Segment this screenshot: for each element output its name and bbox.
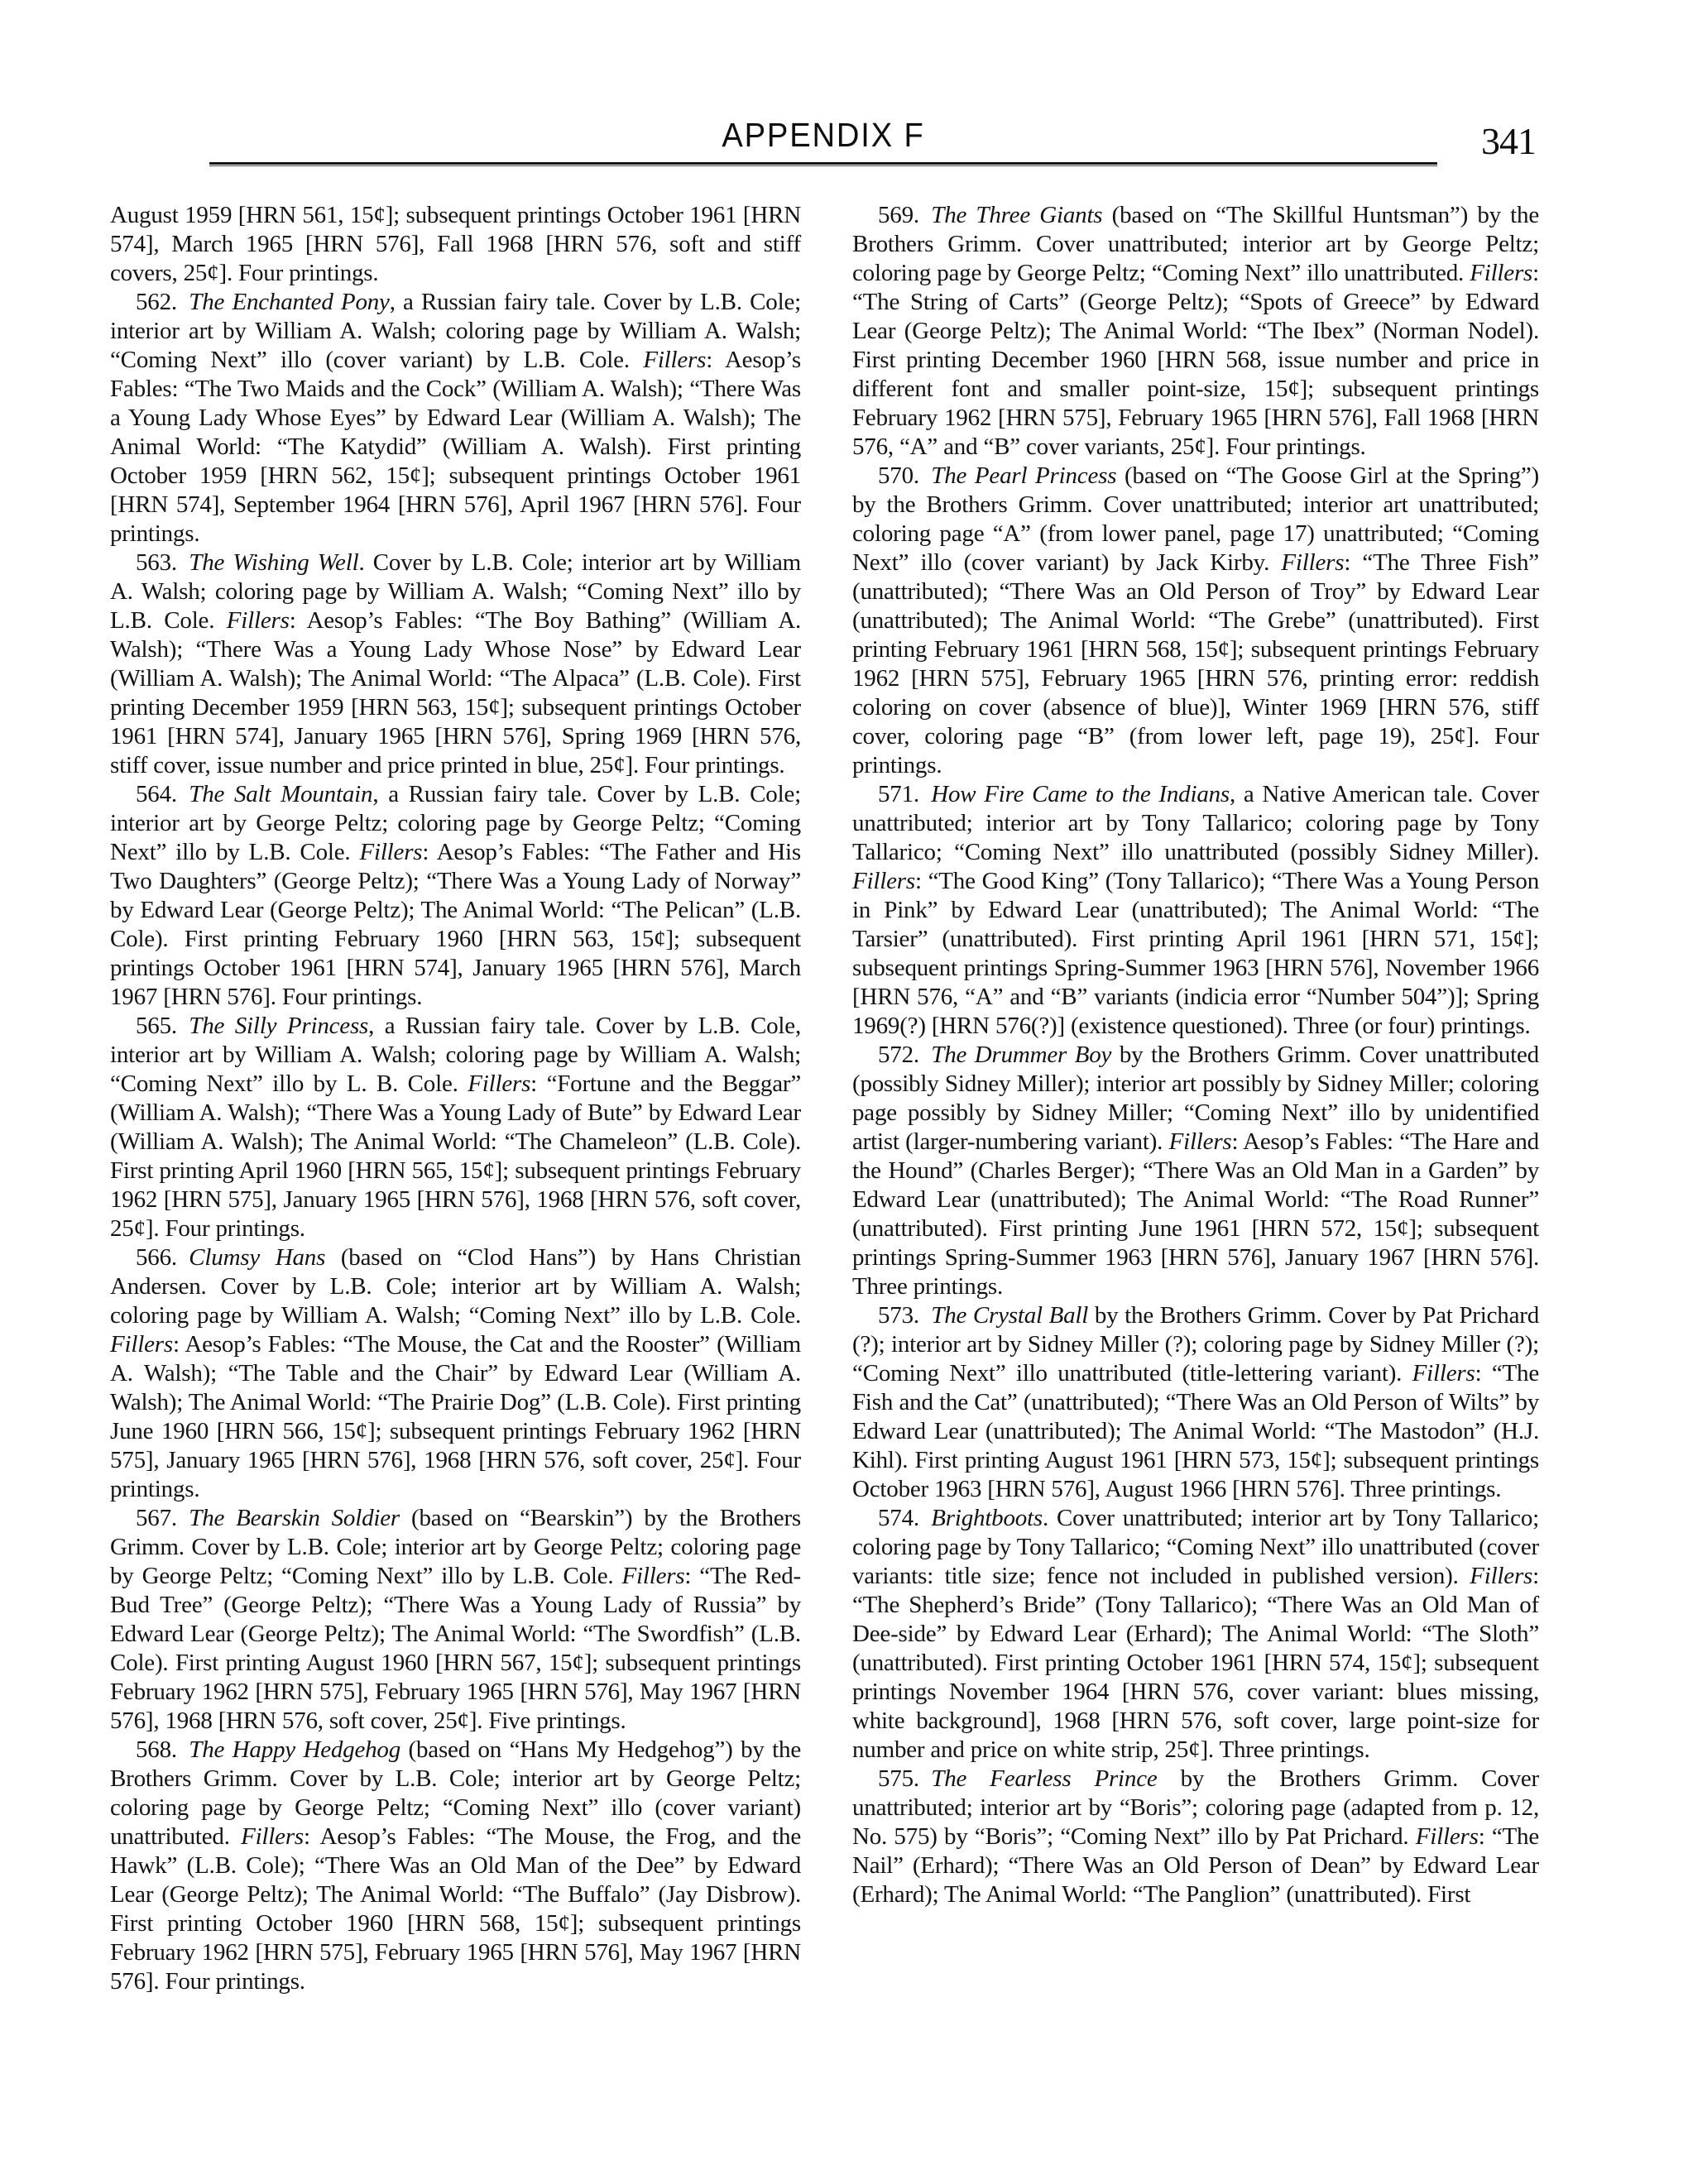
page-number: 341	[1481, 119, 1536, 163]
text-block: August 1959 [HRN 561, 15¢]; subsequent p…	[110, 201, 1539, 1996]
text-segment: : “The String of Carts” (George Peltz); …	[852, 260, 1539, 460]
italic-text: The Fearless Prince	[931, 1765, 1157, 1792]
italic-text: The Happy Hedgehog	[189, 1736, 400, 1763]
text-column-right: 569. The Three Giants (based on “The Ski…	[852, 201, 1539, 1996]
italic-text: Brightboots	[931, 1505, 1043, 1531]
catalog-entry-572: 572. The Drummer Boy by the Brothers Gri…	[852, 1041, 1539, 1301]
text-segment: 566.	[136, 1244, 189, 1271]
catalog-entry-566: 566. Clumsy Hans (based on “Clod Hans”) …	[110, 1243, 801, 1504]
text-segment: 563.	[136, 549, 189, 576]
italic-text: The Drummer Boy	[931, 1042, 1111, 1068]
italic-text: Fillers	[621, 1563, 684, 1589]
italic-text: Fillers	[241, 1823, 304, 1850]
italic-text: Fillers	[1281, 549, 1344, 576]
running-head: APPENDIX F	[252, 116, 1394, 155]
text-segment: : Aesop’s Fables: “The Two Maids and the…	[110, 347, 801, 547]
catalog-entry-568: 568. The Happy Hedgehog (based on “Hans …	[110, 1736, 801, 1996]
italic-text: Fillers	[359, 839, 422, 865]
text-column-left: August 1959 [HRN 561, 15¢]; subsequent p…	[110, 201, 801, 1996]
catalog-entry-569: 569. The Three Giants (based on “The Ski…	[852, 201, 1539, 462]
italic-text: Fillers	[110, 1331, 173, 1358]
italic-text: The Pearl Princess	[931, 462, 1116, 489]
text-segment: : Aesop’s Fables: “The Mouse, the Cat an…	[110, 1331, 801, 1502]
catalog-entry-564: 564. The Salt Mountain, a Russian fairy …	[110, 780, 801, 1012]
italic-text: Fillers	[1412, 1360, 1475, 1387]
italic-text: The Three Giants	[931, 202, 1102, 228]
italic-text: Fillers	[1169, 1128, 1232, 1155]
text-segment: 571.	[878, 781, 931, 807]
italic-text: The Silly Princess	[189, 1013, 368, 1039]
text-segment: 565.	[136, 1013, 189, 1039]
text-segment: 573.	[878, 1302, 931, 1329]
italic-text: Fillers	[1470, 1563, 1532, 1589]
text-segment: : “The Good King” (Tony Tallarico); “The…	[852, 868, 1539, 1039]
italic-text: Fillers	[643, 347, 706, 373]
italic-text: The Salt Mountain	[189, 781, 372, 807]
italic-text: Fillers	[227, 607, 290, 634]
italic-text: Fillers	[852, 868, 915, 894]
text-segment: : “The Three Fish” (unattributed); “Ther…	[852, 549, 1539, 778]
text-segment: 568.	[136, 1736, 189, 1763]
text-segment: : “The Shepherd’s Bride” (Tony Tallarico…	[852, 1563, 1539, 1763]
text-segment: 567.	[136, 1505, 189, 1531]
catalog-entry-562: 562. The Enchanted Pony, a Russian fairy…	[110, 288, 801, 548]
italic-text: Fillers	[468, 1070, 530, 1097]
text-segment: 569.	[878, 202, 931, 228]
italic-text: Fillers	[1416, 1823, 1479, 1850]
text-segment: 564.	[136, 781, 189, 807]
catalog-entry-571: 571. How Fire Came to the Indians, a Nat…	[852, 780, 1539, 1041]
catalog-entry-570: 570. The Pearl Princess (based on “The G…	[852, 462, 1539, 780]
text-segment: 562.	[136, 289, 189, 315]
italic-text: The Enchanted Pony	[189, 289, 389, 315]
italic-text: How Fire Came to the Indians	[931, 781, 1230, 807]
text-segment: August 1959 [HRN 561, 15¢]; subsequent p…	[110, 202, 801, 286]
italic-text: The Crystal Ball	[931, 1302, 1088, 1329]
header-rule	[209, 162, 1437, 166]
italic-text: Clumsy Hans	[189, 1244, 325, 1271]
italic-text: Fillers	[1470, 260, 1532, 286]
catalog-entry-563: 563. The Wishing Well. Cover by L.B. Col…	[110, 548, 801, 780]
text-segment: 570.	[878, 462, 931, 489]
text-segment: 572.	[878, 1042, 931, 1068]
text-segment: 575.	[878, 1765, 931, 1792]
catalog-entry-575: 575. The Fearless Prince by the Brothers…	[852, 1765, 1539, 1909]
italic-text: The Wishing Well	[189, 549, 358, 576]
italic-text: The Bearskin Soldier	[189, 1505, 400, 1531]
catalog-entry-567: 567. The Bearskin Soldier (based on “Bea…	[110, 1504, 801, 1736]
text-segment: 574.	[878, 1505, 931, 1531]
catalog-entry-561-continuation: August 1959 [HRN 561, 15¢]; subsequent p…	[110, 201, 801, 288]
catalog-entry-573: 573. The Crystal Ball by the Brothers Gr…	[852, 1301, 1539, 1504]
catalog-entry-574: 574. Brightboots. Cover unattributed; in…	[852, 1504, 1539, 1765]
book-page: APPENDIX F 341 August 1959 [HRN 561, 15¢…	[0, 0, 1688, 2184]
catalog-entry-565: 565. The Silly Princess, a Russian fairy…	[110, 1012, 801, 1243]
